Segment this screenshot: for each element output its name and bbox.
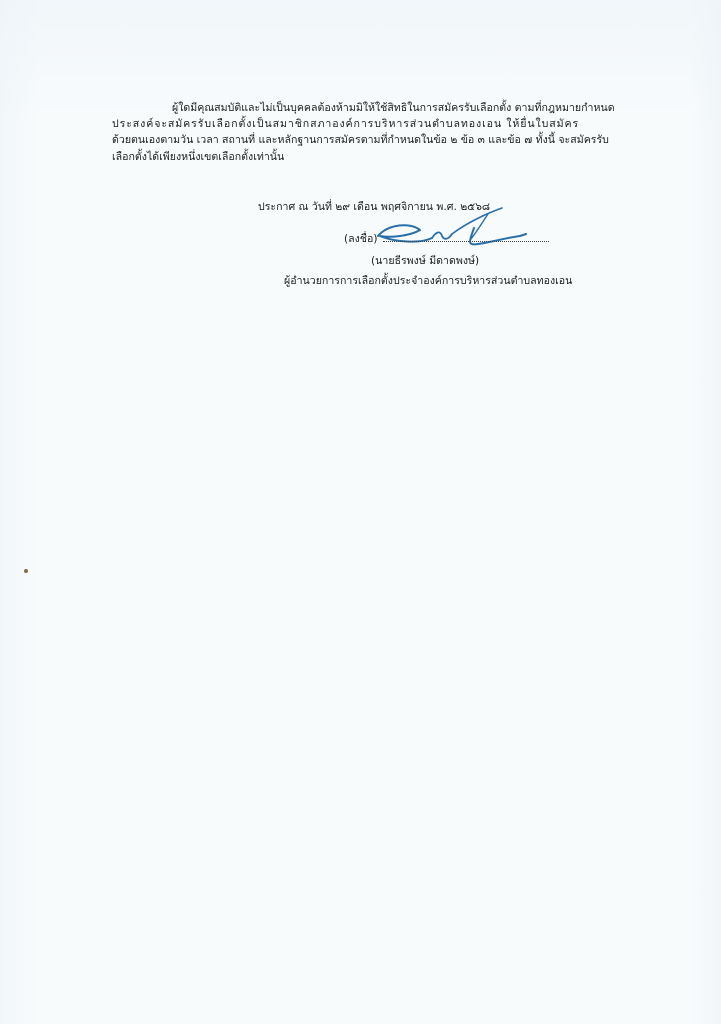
signature-line: (ลงชื่อ) [344,230,549,247]
scan-speck [24,569,28,573]
body-paragraph: ผู้ใดมีคุณสมบัติและไม่เป็นบุคคลต้องห้ามม… [112,100,617,165]
paragraph-line: ด้วยตนเองตามวัน เวลา สถานที่ และหลักฐานก… [112,132,617,148]
scanned-page: ผู้ใดมีคุณสมบัติและไม่เป็นบุคคลต้องห้ามม… [0,0,721,1024]
signer-title: ผู้อำนวยการการเลือกตั้งประจำองค์การบริหา… [284,272,572,289]
paragraph-line: เลือกตั้งได้เพียงหนึ่งเขตเลือกตั้งเท่านั… [112,149,617,165]
signer-name: (นายธีรพงษ์ มีดาดพงษ์) [371,252,479,269]
dotted-signature-field [383,231,549,242]
paragraph-line: ผู้ใดมีคุณสมบัติและไม่เป็นบุคคลต้องห้ามม… [112,100,617,116]
signature-label: (ลงชื่อ) [344,233,377,245]
paragraph-line: ประสงค์จะสมัครรับเลือกตั้งเป็นสมาชิกสภาอ… [112,116,617,132]
